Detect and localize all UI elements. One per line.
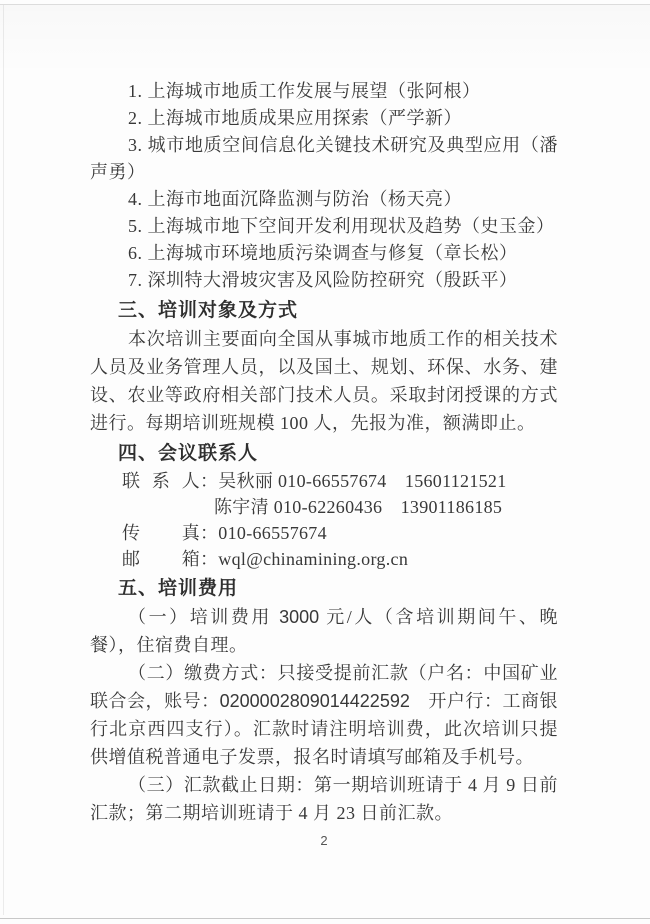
section-heading-fees: 五、培训费用: [118, 575, 558, 603]
lecture-item-2: 2. 上海城市地质成果应用探索（严学新）: [90, 105, 558, 132]
contact-label: 传 真: [122, 520, 200, 546]
section-heading-training-targets: 三、培训对象及方式: [118, 297, 558, 325]
contact-row-person-2: 陈宇清 010-62260436 13901186185: [122, 494, 558, 520]
lecture-item-5: 5. 上海城市地下空间开发利用现状及趋势（史玉金）: [90, 213, 558, 240]
fee-paragraph-3: （三）汇款截止日期：第一期培训班请于 4 月 9 日前汇款；第二期培训班请于 4…: [90, 771, 558, 827]
fee-text: （一）培训费用: [128, 607, 279, 627]
fee-amount: 3000: [279, 607, 319, 627]
page-content: 1. 上海城市地质工作发展与展望（张阿根） 2. 上海城市地质成果应用探索（严学…: [90, 78, 558, 848]
training-targets-paragraph: 本次培训主要面向全国从事城市地质工作的相关技术人员及业务管理人员，以及国土、规划…: [90, 325, 558, 437]
scan-edge-left: [3, 5, 4, 915]
contact-value: ：wql@chinamining.org.cn: [200, 549, 408, 569]
fee-paragraph-1: （一）培训费用 3000 元/人（含培训期间午、晚餐），住宿费自理。: [90, 603, 558, 659]
lecture-item-3: 3. 城市地质空间信息化关键技术研究及典型应用（潘声勇）: [90, 132, 558, 186]
scan-edge-bottom: [0, 918, 650, 919]
bank-account-number: 0200002809014422592: [220, 691, 410, 711]
lecture-item-4: 4. 上海市地面沉降监测与防治（杨天亮）: [90, 186, 558, 213]
contact-value: 陈宇清 010-62260436 13901186185: [214, 497, 502, 517]
contact-row-email: 邮 箱：wql@chinamining.org.cn: [122, 546, 558, 572]
contact-value: ：010-66557674: [200, 523, 327, 543]
page-number: 2: [90, 833, 558, 848]
contact-label: 邮 箱: [122, 546, 200, 572]
contact-value: ：吴秋丽 010-66557674 15601121521: [200, 471, 507, 491]
lecture-item-7: 7. 深圳特大滑坡灾害及风险防控研究（殷跃平）: [90, 267, 558, 294]
scan-shading: [0, 5, 650, 75]
contact-row-person-1: 联 系 人：吴秋丽 010-66557674 15601121521: [122, 468, 558, 494]
contact-label: 联 系 人: [122, 468, 200, 494]
lecture-item-1: 1. 上海城市地质工作发展与展望（张阿根）: [90, 78, 558, 105]
lecture-item-6: 6. 上海城市环境地质污染调查与修复（章长松）: [90, 240, 558, 267]
contact-block: 联 系 人：吴秋丽 010-66557674 15601121521 陈宇清 0…: [122, 468, 558, 572]
document-page: 1. 上海城市地质工作发展与展望（张阿根） 2. 上海城市地质成果应用探索（严学…: [0, 0, 650, 924]
fee-paragraph-2: （二）缴费方式：只接受提前汇款（户名：中国矿业联合会，账号：0200002809…: [90, 659, 558, 771]
section-heading-contacts: 四、会议联系人: [118, 440, 558, 468]
contact-row-fax: 传 真：010-66557674: [122, 520, 558, 546]
